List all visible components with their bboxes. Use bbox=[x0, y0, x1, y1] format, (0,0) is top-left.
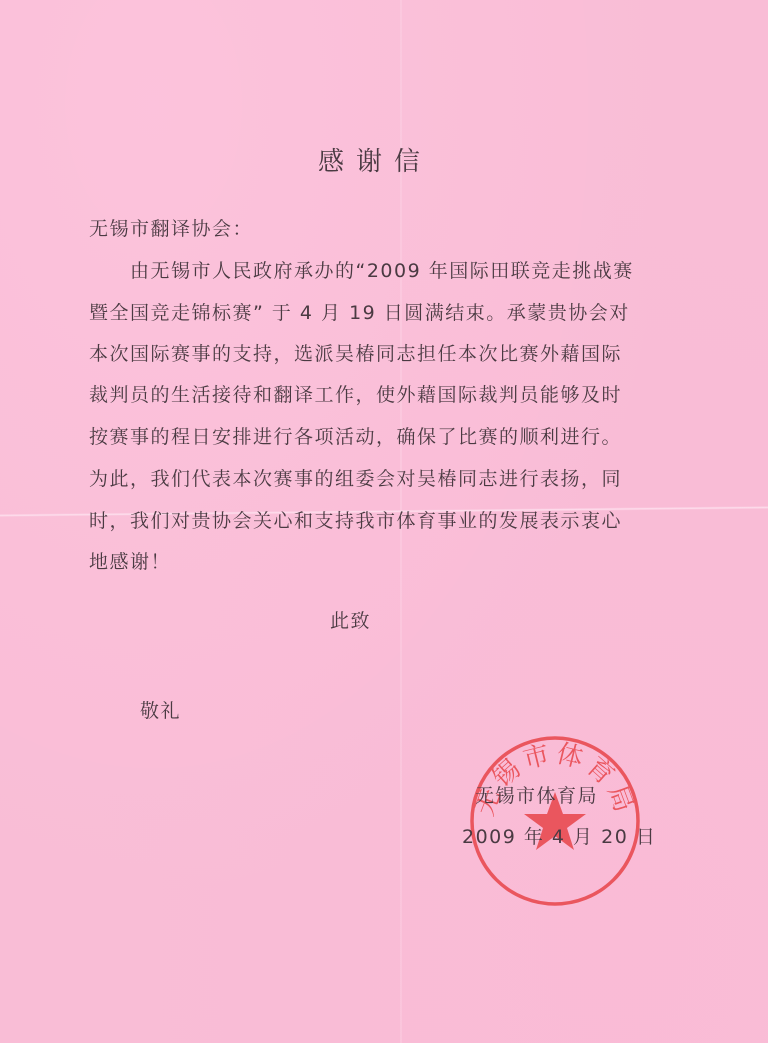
closing-cizhi: 此致 bbox=[330, 612, 371, 631]
official-seal: 无锡市体育局 bbox=[468, 734, 642, 908]
salutation: 无锡市翻译协会： bbox=[89, 220, 253, 239]
body-line: 本次国际赛事的支持，选派吴椿同志担任本次比赛外藉国际 bbox=[89, 345, 622, 364]
body-line: 为此，我们代表本次赛事的组委会对吴椿同志进行表扬，同 bbox=[89, 470, 622, 489]
body-line: 暨全国竞走锦标赛” 于 4 月 19 日圆满结束。承蒙贵协会对 bbox=[89, 304, 630, 323]
seal-ring bbox=[472, 738, 638, 904]
body-line: 地感谢！ bbox=[89, 553, 171, 572]
body-line: 裁判员的生活接待和翻译工作，使外藉国际裁判员能够及时 bbox=[89, 386, 622, 405]
body-line: 按赛事的程日安排进行各项活动，确保了比赛的顺利进行。 bbox=[89, 428, 622, 447]
body-line: 时，我们对贵协会关心和支持我市体育事业的发展表示衷心 bbox=[89, 512, 622, 531]
letter-date: 2009 年 4 月 20 日 bbox=[462, 828, 656, 847]
letter-title: 感谢信 bbox=[318, 149, 432, 175]
signer-organization: 无锡市体育局 bbox=[475, 787, 598, 806]
seal-text: 无锡市体育局 bbox=[470, 739, 640, 820]
closing-jingli: 敬礼 bbox=[140, 702, 181, 721]
body-line: 由无锡市人民政府承办的“2009 年国际田联竞走挑战赛 bbox=[130, 262, 634, 281]
